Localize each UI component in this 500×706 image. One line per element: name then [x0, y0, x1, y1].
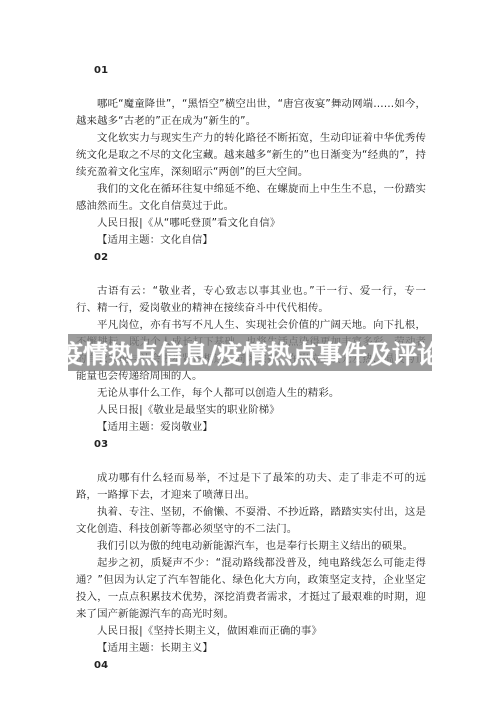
article-source: 人民日报|《敬业是最坚实的职业阶梯》: [76, 402, 426, 419]
applicable-theme: 【适用主题：爱岗敬业】: [76, 419, 426, 436]
section-paragraph: 哪吒“魔童降世”，“黑悟空”横空出世，“唐宫夜宴”舞动网端……如今，越来越多“古…: [76, 96, 426, 130]
section-paragraph: 成功哪有什么轻而易举，不过是下了最笨的功夫、走了非走不可的远路，一路撑下去，才迎…: [76, 470, 426, 504]
document-page: 01 哪吒“魔童降世”，“黑悟空”横空出世，“唐宫夜宴”舞动网端……如今，越来越…: [0, 0, 500, 706]
applicable-theme: 【适用主题：文化自信】: [76, 232, 426, 249]
section-number: 01: [76, 62, 426, 79]
section-paragraph: 起步之初，质疑声不少：“混动路线都没普及，纯电路线怎么可能走得通？”但因为认定了…: [76, 555, 426, 623]
section-paragraph: 我们引以为傲的纯电动新能源汽车，也是奉行长期主义结出的硕果。: [76, 538, 426, 555]
article-source: 人民日报|《坚持长期主义，做困难而正确的事》: [76, 623, 426, 640]
section-paragraph: 古语有云：“敬业者，专心致志以事其业也。”干一行、爱一行，专一行、精一行，爱岗敬…: [76, 283, 426, 317]
section-number: 02: [76, 249, 426, 266]
section-number: 04: [76, 657, 426, 674]
applicable-theme: 【适用主题：长期主义】: [76, 640, 426, 657]
section-number: 03: [76, 436, 426, 453]
section-paragraph: 无论从事什么工作，每个人都可以创造人生的精彩。: [76, 385, 426, 402]
overlay-title: 疫情热点信息/疫情热点事件及评论: [58, 335, 442, 371]
article-source: 人民日报|《从“哪吒登顶”看文化自信》: [76, 215, 426, 232]
section-paragraph: 我们的文化在循环往复中绵延不绝、在螺旋而上中生生不息，一份踏实感油然而生。文化自…: [76, 181, 426, 215]
title-overlay-banner: 疫情热点信息/疫情热点事件及评论: [68, 334, 432, 371]
section-paragraph: 文化软实力与现实生产力的转化路径不断拓宽，生动印证着中华优秀传统文化是取之不尽的…: [76, 130, 426, 181]
section-paragraph: 执着、专注、坚韧，不偷懒、不耍滑、不抄近路，踏踏实实付出，这是文化创造、科技创新…: [76, 504, 426, 538]
